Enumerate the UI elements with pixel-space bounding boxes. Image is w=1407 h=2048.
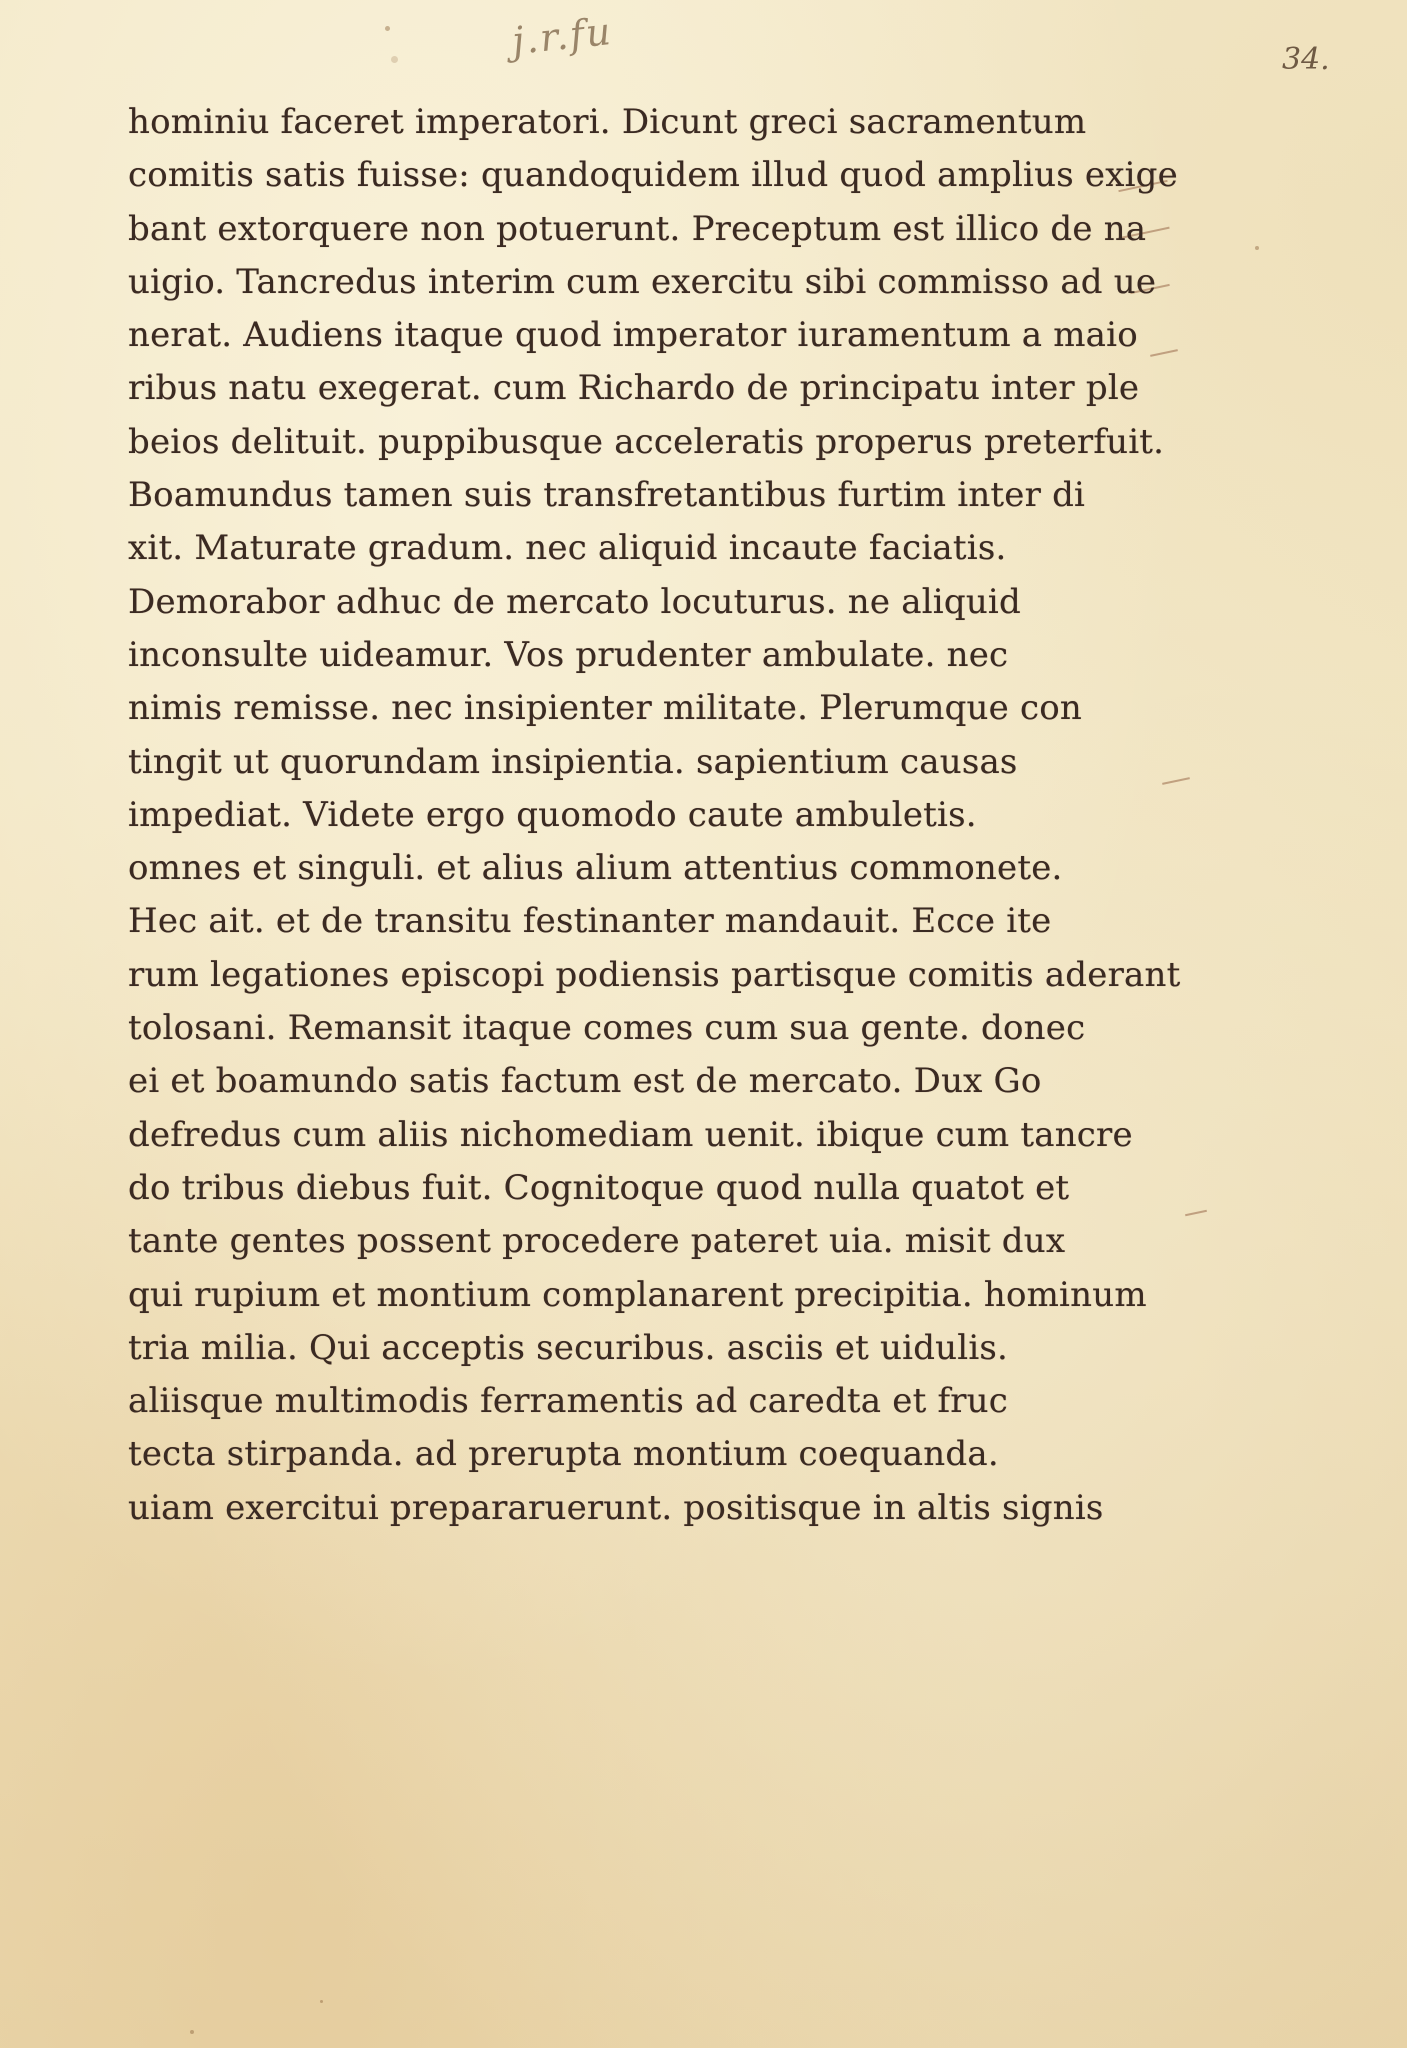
text-line: omnes et singuli. et alius alium attenti…	[128, 842, 1168, 895]
text-line: impediat. Videte ergo quomodo caute ambu…	[128, 789, 1168, 842]
text-line: do tribus diebus fuit. Cognitoque quod n…	[128, 1162, 1168, 1215]
text-line: tecta stirpanda. ad prerupta montium coe…	[128, 1428, 1168, 1481]
text-line: defredus cum aliis nichomediam uenit. ib…	[128, 1109, 1168, 1162]
parchment-speck	[190, 2030, 194, 2034]
text-line: tingit ut quorundam insipientia. sapient…	[128, 736, 1168, 789]
text-line: comitis satis fuisse: quandoquidem illud…	[128, 149, 1168, 202]
text-line: bant extorquere non potuerunt. Preceptum…	[128, 203, 1168, 256]
text-line: tante gentes possent procedere pateret u…	[128, 1215, 1168, 1268]
parchment-speck	[391, 56, 398, 63]
folio-number: 34.	[1282, 42, 1330, 77]
text-line: hominiu faceret imperatori. Dicunt greci…	[128, 96, 1168, 149]
text-line: xit. Maturate gradum. nec aliquid incaut…	[128, 522, 1168, 575]
text-line: uigio. Tancredus interim cum exercitu si…	[128, 256, 1168, 309]
text-line: rum legationes episcopi podiensis partis…	[128, 949, 1168, 1002]
text-line: ei et boamundo satis factum est de merca…	[128, 1055, 1168, 1108]
text-line: beios delituit. puppibusque acceleratis …	[128, 416, 1168, 469]
text-line: nimis remisse. nec insipienter militate.…	[128, 682, 1168, 735]
text-line: nerat. Audiens itaque quod imperator iur…	[128, 309, 1168, 362]
text-line: Hec ait. et de transitu festinanter mand…	[128, 895, 1168, 948]
text-line: Boamundus tamen suis transfretantibus fu…	[128, 469, 1168, 522]
manuscript-text: hominiu faceret imperatori. Dicunt greci…	[128, 96, 1168, 1535]
text-line: Demorabor adhuc de mercato locuturus. ne…	[128, 576, 1168, 629]
parchment-speck	[1255, 246, 1259, 250]
text-line: ribus natu exegerat. cum Richardo de pri…	[128, 362, 1168, 415]
text-line: inconsulte uideamur. Vos prudenter ambul…	[128, 629, 1168, 682]
text-line: tria milia. Qui acceptis securibus. asci…	[128, 1322, 1168, 1375]
parchment-speck	[320, 2000, 323, 2003]
text-line: tolosani. Remansit itaque comes cum sua …	[128, 1002, 1168, 1055]
text-line: qui rupium et montium complanarent preci…	[128, 1269, 1168, 1322]
text-line: aliisque multimodis ferramentis ad cared…	[128, 1375, 1168, 1428]
parchment-speck	[385, 26, 390, 31]
text-line: uiam exercitui prepararuerunt. positisqu…	[128, 1482, 1168, 1535]
